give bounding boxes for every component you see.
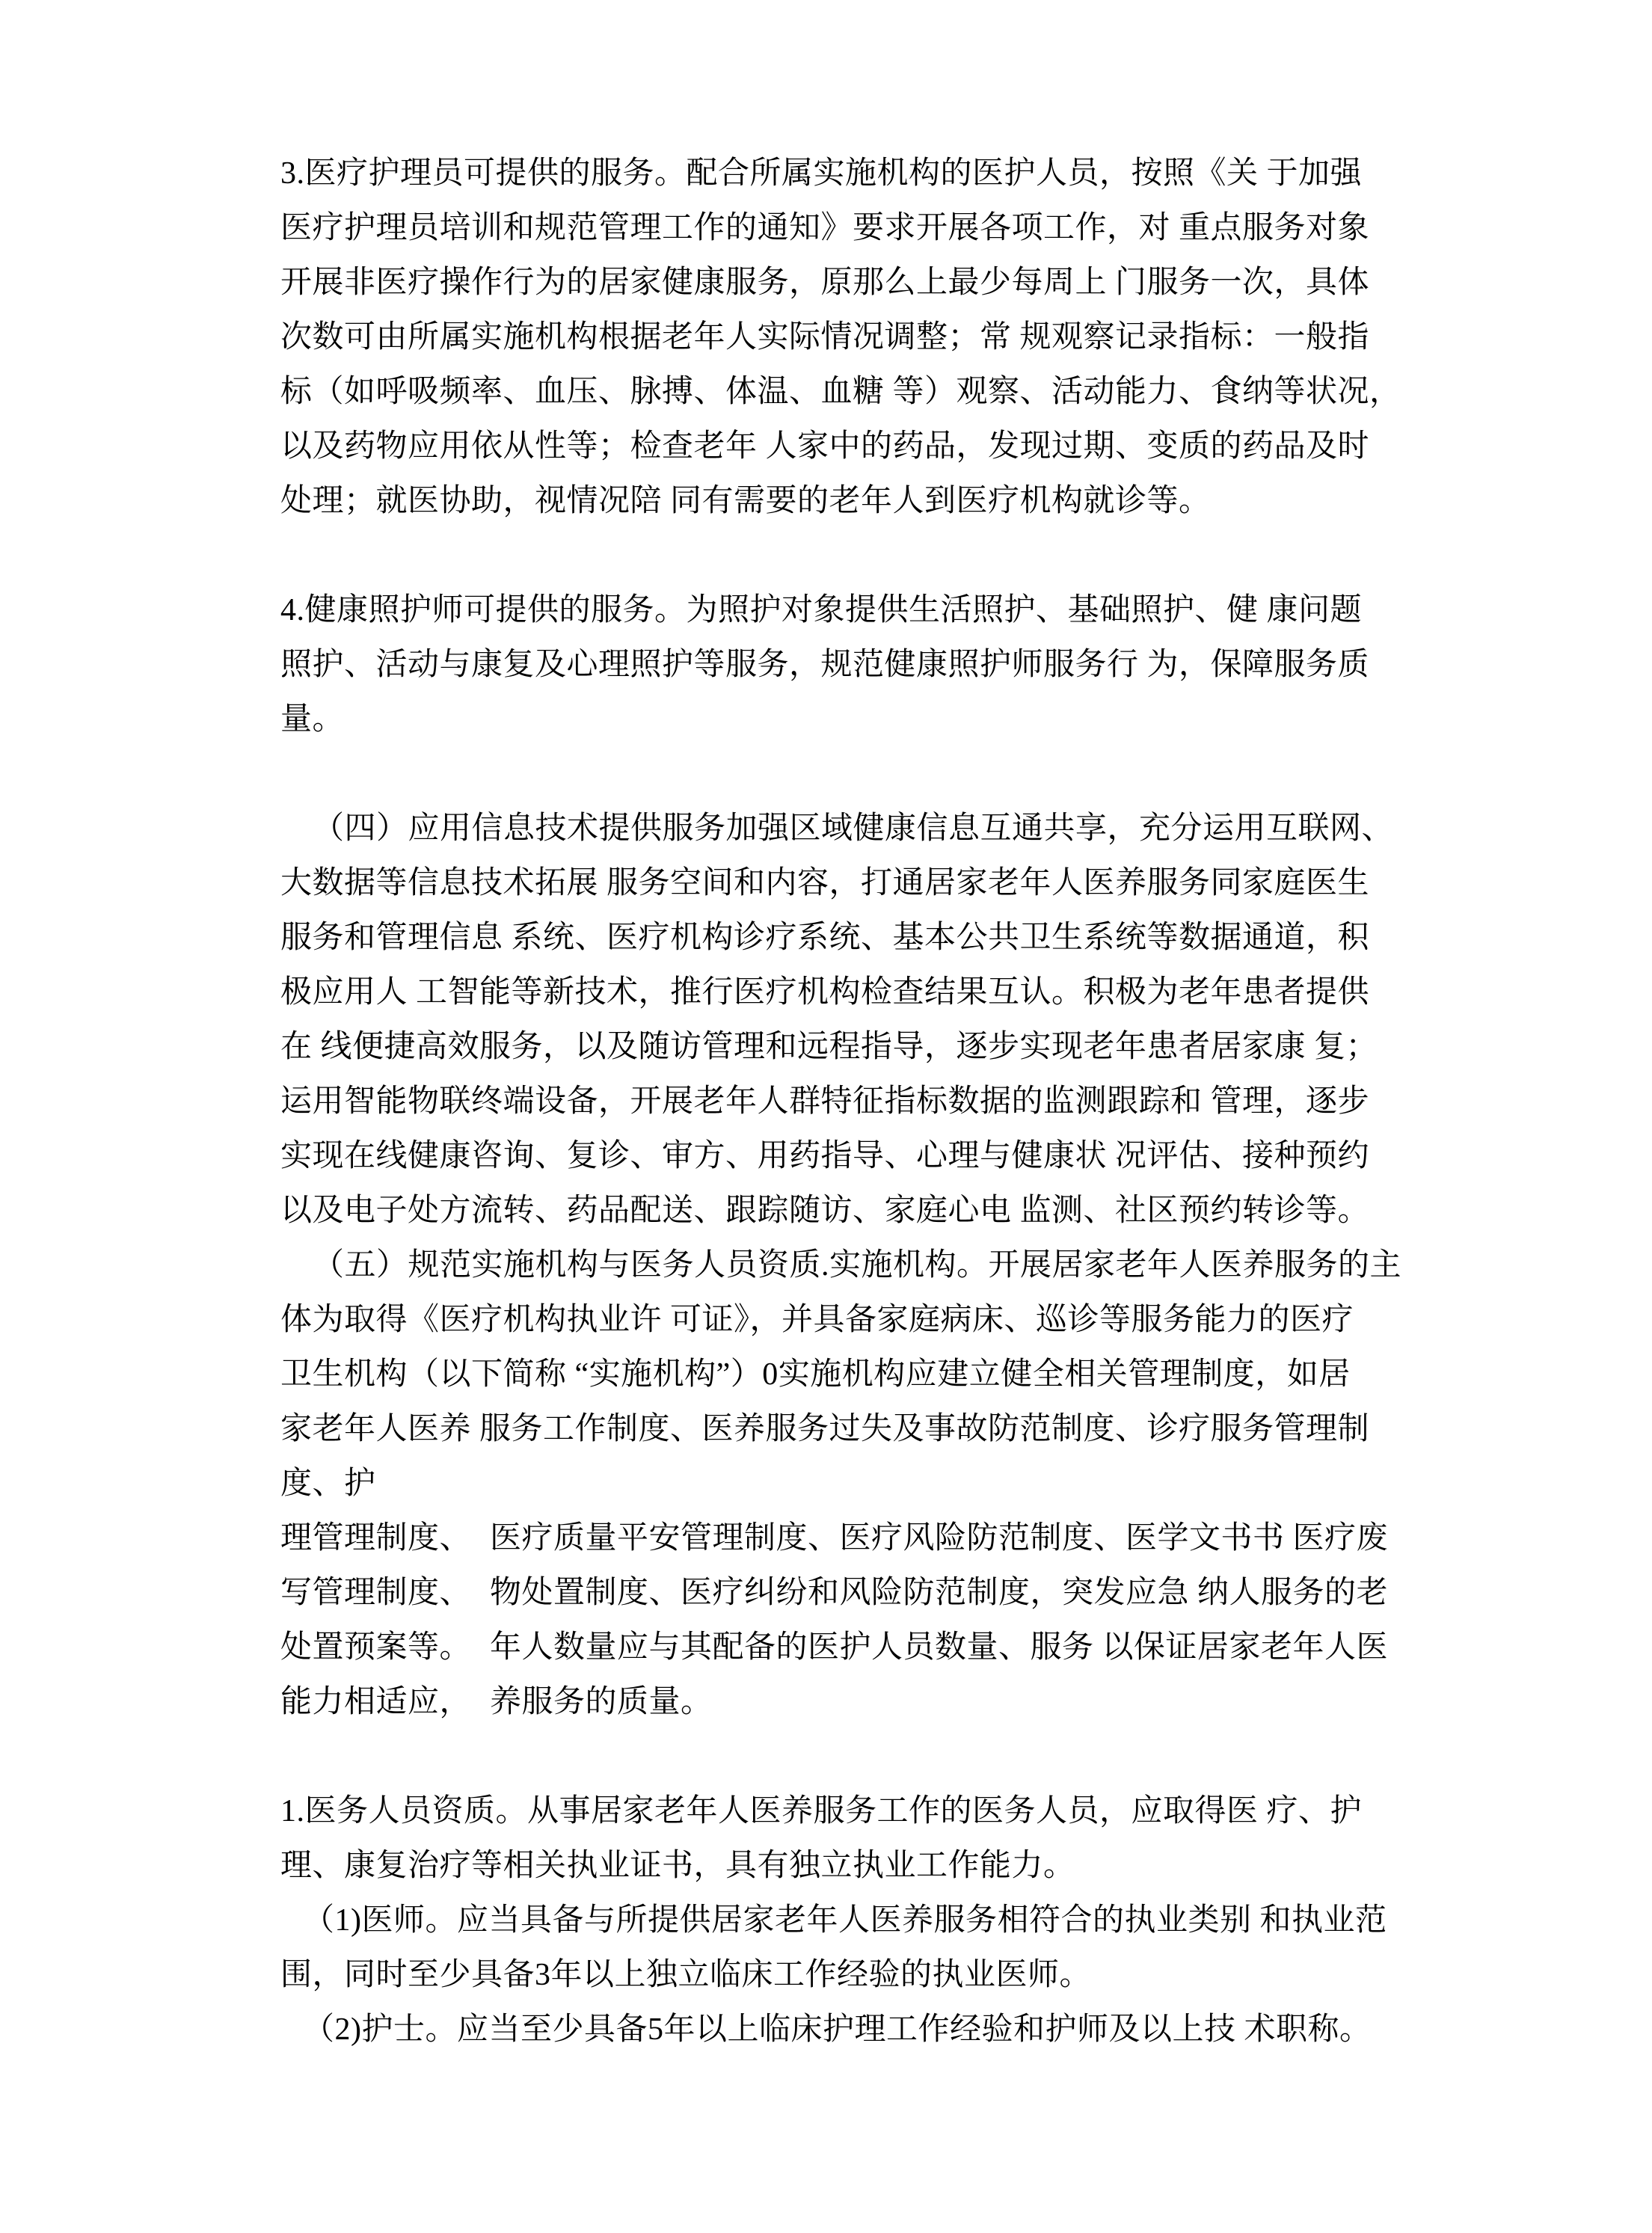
text-line: 3.医疗护理员可提供的服务。配合所属实施机构的医护人员，按照《关 于加强 (280, 147, 1525, 201)
text-line: 4.健康照护师可提供的服务。为照护对象提供生活照护、基础照护、健 康问题 (280, 583, 1525, 638)
text-line: （2)护士。应当至少具备5年以上临床护理工作经验和护师及以上技 术职称。 (280, 2003, 1525, 2057)
paragraph-two-column-regulations: 理管理制度、医疗质量平安管理制度、医疗风险防范制度、医学文书书 医疗废 写管理制… (280, 1511, 1525, 1730)
two-column-left-cell: 写管理制度、 (280, 1566, 490, 1621)
text-line: 大数据等信息技术拓展 服务空间和内容，打通居家老年人医养服务同家庭医生 (280, 856, 1525, 911)
text-line: 理、康复治疗等相关执业证书，具有独立执业工作能力。 (280, 1839, 1525, 1893)
text-line: 在 线便捷高效服务，以及随访管理和远程指导，逐步实现老年患者居家康 复； (280, 1020, 1525, 1075)
text-line: 极应用人 工智能等新技术，推行医疗机构检查结果互认。积极为老年患者提供 (280, 965, 1525, 1020)
two-column-right-cell: 医疗质量平安管理制度、医疗风险防范制度、医学文书书 医疗废 (490, 1511, 1525, 1566)
two-column-right-cell: 物处置制度、医疗纠纷和风险防范制度，突发应急 纳人服务的老 (490, 1566, 1525, 1621)
text-line: 写管理制度、物处置制度、医疗纠纷和风险防范制度，突发应急 纳人服务的老 (280, 1566, 1525, 1621)
text-line: 标（如呼吸频率、血压、脉搏、体温、血糖 等）观察、活动能力、食纳等状况， (280, 365, 1525, 420)
two-column-right-cell: 年人数量应与其配备的医护人员数量、服务 以保证居家老年人医 (490, 1621, 1525, 1675)
text-line: 以及药物应用依从性等；检查老年 人家中的药品，发现过期、变质的药品及时 (280, 420, 1525, 474)
text-line: 处置预案等。年人数量应与其配备的医护人员数量、服务 以保证居家老年人医 (280, 1621, 1525, 1675)
paragraph-4-health-caretaker-services: 4.健康照护师可提供的服务。为照护对象提供生活照护、基础照护、健 康问题 照护、… (280, 583, 1525, 747)
document-page: 3.医疗护理员可提供的服务。配合所属实施机构的医护人员，按照《关 于加强 医疗护… (0, 0, 1652, 2233)
paragraph-3-medical-caregiver-services: 3.医疗护理员可提供的服务。配合所属实施机构的医护人员，按照《关 于加强 医疗护… (280, 147, 1525, 529)
text-line: 围，同时至少具备3年以上独立临床工作经验的执业医师。 (280, 1948, 1525, 2003)
text-line: 家老年人医养 服务工作制度、医养服务过失及事故防范制度、诊疗服务管理制 (280, 1402, 1525, 1457)
text-line: 以及电子处方流转、药品配送、跟踪随访、家庭心电 监测、社区预约转诊等。 (280, 1184, 1525, 1238)
text-line: 理管理制度、医疗质量平安管理制度、医疗风险防范制度、医学文书书 医疗废 (280, 1511, 1525, 1566)
two-column-left-cell: 能力相适应， (280, 1675, 490, 1730)
text-line: 体为取得《医疗机构执业许 可证》，并具备家庭病床、巡诊等服务能力的医疗 (280, 1293, 1525, 1348)
text-line: 开展非医疗操作行为的居家健康服务，原那么上最少每周上 门服务一次，具体 (280, 256, 1525, 310)
text-line: 度、护 (280, 1457, 1525, 1511)
paragraph-section-4-information-technology: （四）应用信息技术提供服务加强区域健康信息互通共享，充分运用互联网、 大数据等信… (280, 802, 1525, 1238)
text-line: 医疗护理员培训和规范管理工作的通知》要求开展各项工作，对 重点服务对象 (280, 201, 1525, 256)
text-line: 1.医务人员资质。从事居家老年人医养服务工作的医务人员，应取得医 疗、护 (280, 1784, 1525, 1839)
two-column-left-cell: 处置预案等。 (280, 1621, 490, 1675)
text-line: （四）应用信息技术提供服务加强区域健康信息互通共享，充分运用互联网、 (280, 802, 1525, 856)
text-line: （1)医师。应当具备与所提供居家老年人医养服务相符合的执业类别 和执业范 (280, 1893, 1525, 1948)
text-line: 量。 (280, 692, 1525, 747)
two-column-left-cell: 理管理制度、 (280, 1511, 490, 1566)
text-line: 处理；就医协助，视情况陪 同有需要的老年人到医疗机构就诊等。 (280, 474, 1525, 529)
paragraph-section-5-institution-qualifications: （五）规范实施机构与医务人员资质.实施机构。开展居家老年人医养服务的主 体为取得… (280, 1238, 1525, 1511)
text-line: 实现在线健康咨询、复诊、审方、用药指导、心理与健康状 况评估、接种预约 (280, 1129, 1525, 1184)
paragraph-item-1-physicians: （1)医师。应当具备与所提供居家老年人医养服务相符合的执业类别 和执业范 围，同… (280, 1893, 1525, 2003)
paragraph-1-staff-qualifications: 1.医务人员资质。从事居家老年人医养服务工作的医务人员，应取得医 疗、护 理、康… (280, 1784, 1525, 1893)
text-line: 卫生机构（以下简称 “实施机构”）0实施机构应建立健全相关管理制度，如居 (280, 1348, 1525, 1402)
text-line: 能力相适应，养服务的质量。 (280, 1675, 1525, 1730)
text-line: （五）规范实施机构与医务人员资质.实施机构。开展居家老年人医养服务的主 (280, 1238, 1525, 1293)
text-line: 服务和管理信息 系统、医疗机构诊疗系统、基本公共卫生系统等数据通道，积 (280, 911, 1525, 965)
text-line: 照护、活动与康复及心理照护等服务，规范健康照护师服务行 为，保障服务质 (280, 638, 1525, 692)
two-column-right-cell: 养服务的质量。 (490, 1675, 1525, 1730)
text-line: 次数可由所属实施机构根据老年人实际情况调整；常 规观察记录指标：一般指 (280, 310, 1525, 365)
paragraph-item-2-nurses: （2)护士。应当至少具备5年以上临床护理工作经验和护师及以上技 术职称。 (280, 2003, 1525, 2057)
text-line: 运用智能物联终端设备，开展老年人群特征指标数据的监测跟踪和 管理，逐步 (280, 1075, 1525, 1129)
